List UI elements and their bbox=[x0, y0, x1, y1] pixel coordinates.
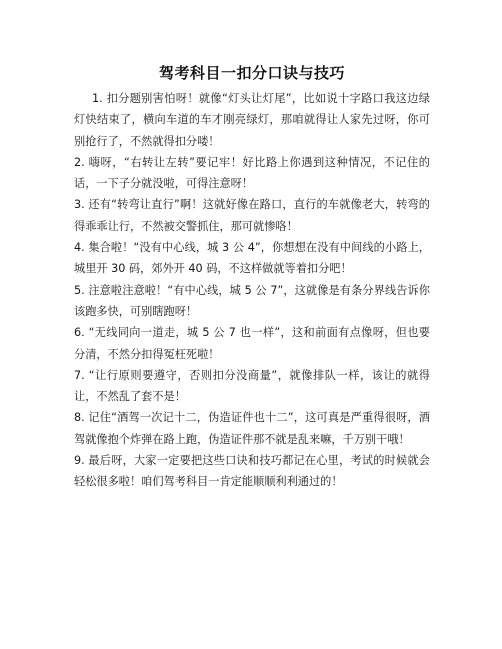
paragraph-2: 2. 嗨呀，“右转让左转”要记牢！好比路上你遇到这种情况，不记住的话，一下子分就… bbox=[74, 152, 430, 195]
paragraph-5: 5. 注意啦注意啦！“有中心线，城 5 公 7”，这就像是有条分界线告诉你该跑多… bbox=[74, 280, 430, 323]
paragraph-9: 9. 最后呀，大家一定要把这些口诀和技巧都记在心里，考试的时候就会轻松很多啦！咱… bbox=[74, 450, 430, 493]
document-title: 驾考科目一扣分口诀与技巧 bbox=[74, 62, 430, 84]
document-page: 驾考科目一扣分口诀与技巧 1. 扣分题别害怕呀！就像“灯头让灯尾”，比如说十字路… bbox=[74, 62, 430, 493]
paragraph-1: 1. 扣分题别害怕呀！就像“灯头让灯尾”，比如说十字路口我这边绿灯快结束了，横向… bbox=[74, 88, 430, 152]
paragraph-7: 7. “让行原则要遵守，否则扣分没商量”，就像排队一样，该让的就得让，不然乱了套… bbox=[74, 365, 430, 408]
paragraph-3: 3. 还有“转弯让直行”啊！这就好像在路口，直行的车就像老大，转弯的得乖乖让行，… bbox=[74, 194, 430, 237]
paragraph-6: 6. “无线同向一道走，城 5 公 7 也一样”，这和前面有点像呀，但也要分清，… bbox=[74, 322, 430, 365]
paragraph-4: 4. 集合啦！“没有中心线，城 3 公 4”，你想想在没有中间线的小路上，城里开… bbox=[74, 237, 430, 280]
paragraph-8: 8. 记住“酒驾一次记十二，伪造证件也十二”，这可真是严重得很呀，酒驾就像抱个炸… bbox=[74, 407, 430, 450]
